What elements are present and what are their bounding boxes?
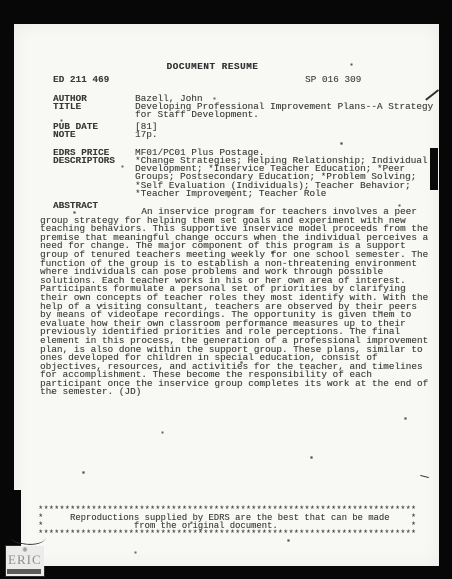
scan-blotch-right xyxy=(430,148,438,190)
field-label-descriptors: DESCRIPTORS xyxy=(53,157,135,165)
eric-logo: ✺ ERIC xyxy=(6,546,44,576)
clearinghouse-number: SP 016 309 xyxy=(305,74,361,85)
reproduction-notice-box: ****************************************… xyxy=(38,506,416,538)
field-label-title: TITLE xyxy=(53,103,135,111)
field-value-descriptors: *Change Strategies; Helping Relationship… xyxy=(135,157,445,198)
field-value-pub-date: [81] xyxy=(135,123,445,131)
field-value-note: 17p. xyxy=(135,131,445,139)
notice-border-bottom: ****************************************… xyxy=(38,529,416,539)
field-value-title: Developing Professional Improvement Plan… xyxy=(135,103,445,119)
scan-noise-speckles xyxy=(0,0,1,1)
field-label-note: NOTE xyxy=(53,131,135,139)
scanned-page: DOCUMENT RESUME ED 211 469 SP 016 309 AU… xyxy=(14,24,439,566)
document-resume-header: DOCUMENT RESUME xyxy=(0,61,425,72)
eric-logo-text: ERIC xyxy=(8,552,42,568)
ed-number: ED 211 469 xyxy=(53,74,109,85)
eric-logo-banner xyxy=(7,569,41,574)
abstract-text: An inservice program for teachers involv… xyxy=(40,208,428,397)
page-ink-layer: DOCUMENT RESUME ED 211 469 SP 016 309 AU… xyxy=(14,24,439,566)
